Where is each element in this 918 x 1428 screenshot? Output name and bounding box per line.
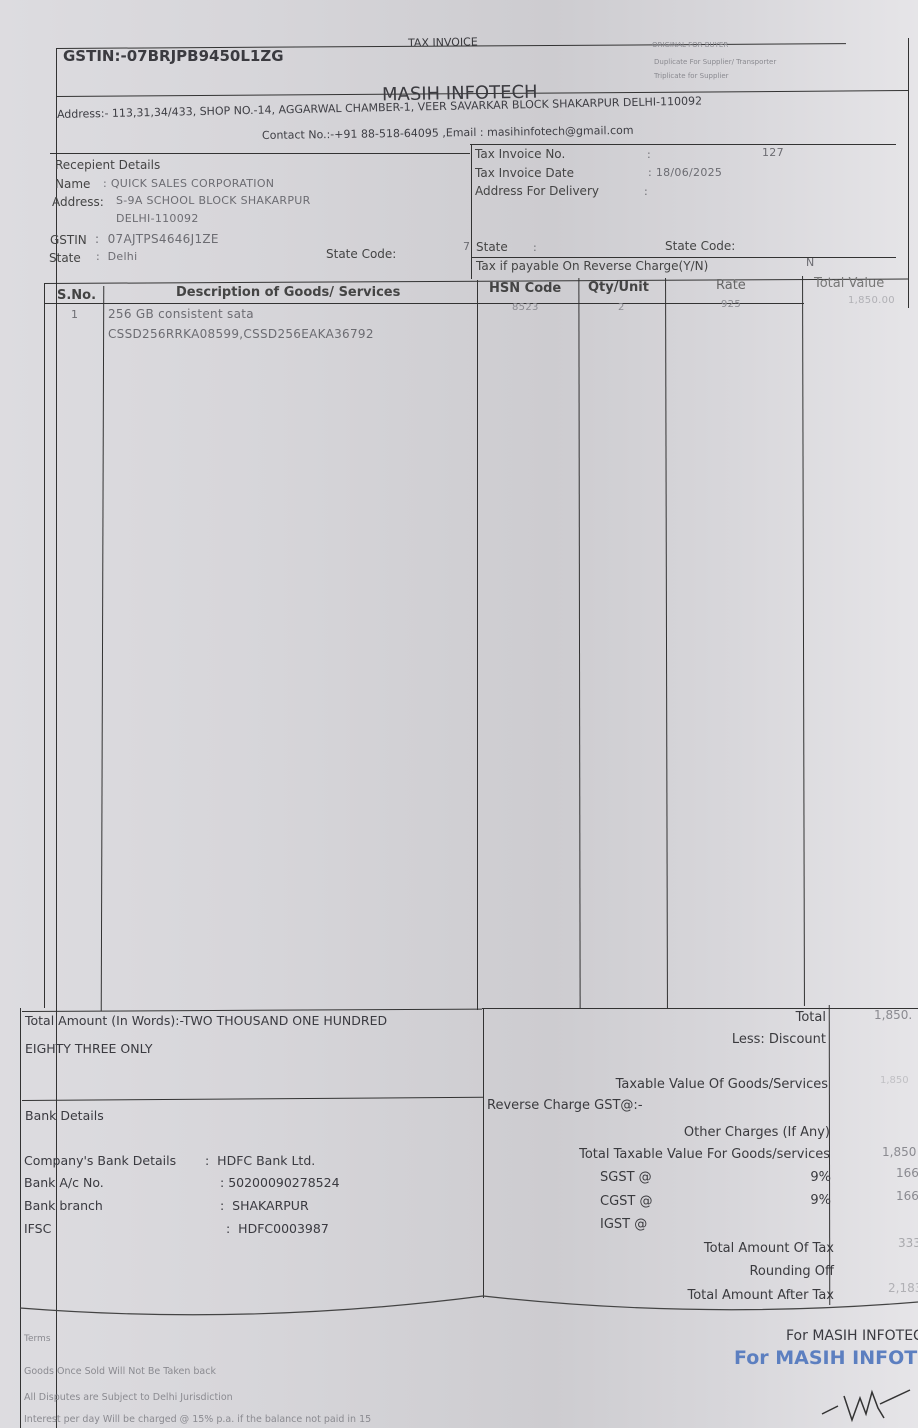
- bank-top-border: [22, 1097, 483, 1101]
- row-serials: CSSD256RRKA08599,CSSD256EAKA36792: [108, 327, 374, 341]
- col-hsn: HSN Code: [489, 281, 561, 296]
- recipient-name-label: Name: [55, 177, 90, 191]
- summary-discount-label: Less: Discount: [732, 1032, 826, 1047]
- delivery-state-code-label: State Code:: [665, 239, 735, 253]
- col-divider-0: [44, 283, 45, 1008]
- summary-total-taxable: 1,850: [882, 1145, 916, 1159]
- invoice-page: GSTIN:-07BRJPB9450L1ZG TAX INVOICE ORIGI…: [0, 0, 918, 1428]
- summary-total: 1,850.: [874, 1008, 912, 1022]
- cgst-rate: 9%: [810, 1193, 831, 1208]
- recipient-state: Delhi: [108, 250, 138, 263]
- company-contact: Contact No.:-+91 88-518-64095 ,Email : m…: [262, 124, 634, 142]
- summary-reverse-gst-label: Reverse Charge GST@:-: [487, 1098, 643, 1113]
- sgst-amount: 166: [896, 1166, 918, 1180]
- invoice-date: 18/06/2025: [656, 166, 722, 179]
- invoice-date-label: Tax Invoice Date: [475, 166, 574, 180]
- reverse-charge-label: Tax if payable On Reverse Charge(Y/N): [476, 259, 708, 273]
- words-top-border: [22, 1009, 482, 1012]
- recipient-address-line1: S-9A SCHOOL BLOCK SHAKARPUR: [116, 194, 311, 207]
- term-3: Interest per day Will be charged @ 15% p…: [24, 1414, 371, 1425]
- bank-label-name: Company's Bank Details: [24, 1153, 176, 1168]
- seller-gstin: GSTIN:-07BRJPB9450L1ZG: [63, 47, 284, 65]
- table-top-border: [44, 278, 908, 284]
- col-description: Description of Goods/ Services: [176, 285, 400, 300]
- summary-left-border: [483, 1008, 484, 1298]
- bank-branch: SHAKARPUR: [232, 1198, 308, 1213]
- recipient-address-label: Address:: [52, 195, 104, 209]
- recipient-gstin-label: GSTIN: [50, 233, 87, 247]
- reverse-charge-divider: [471, 257, 896, 258]
- amount-in-words-line2: EIGHTY THREE ONLY: [25, 1041, 153, 1056]
- terms-top-border: [0, 1290, 918, 1330]
- right-border: [908, 38, 909, 308]
- amount-in-words-line1: Total Amount (In Words):-TWO THOUSAND ON…: [25, 1013, 387, 1028]
- invoice-no: 127: [762, 146, 784, 159]
- copy-original: ORIGINAL FOR BUYER: [652, 41, 728, 49]
- summary-total-label: Total: [796, 1010, 826, 1025]
- recipient-address-line2: DELHI-110092: [116, 212, 199, 225]
- delivery-state-label: State: [476, 240, 508, 254]
- reverse-charge-value: N: [806, 256, 815, 269]
- sgst-label: SGST @: [600, 1170, 652, 1185]
- signature-printed: For MASIH INFOTECH: [786, 1328, 918, 1344]
- bank-label-ifsc: IFSC: [24, 1221, 51, 1236]
- details-divider-right: [470, 144, 896, 145]
- row-total: 1,850.00: [848, 295, 895, 306]
- col-total: Total Value: [814, 276, 884, 291]
- cgst-label: CGST @: [600, 1194, 652, 1209]
- summary-top-border: [482, 1008, 918, 1009]
- col-divider-5: [802, 276, 805, 1006]
- company-stamp: For MASIH INFOTECH: [734, 1347, 918, 1369]
- copy-triplicate: Triplicate for Supplier: [654, 72, 729, 80]
- recipient-state-label: State: [49, 251, 81, 265]
- bank-ifsc: HDFC0003987: [238, 1221, 329, 1236]
- col-divider-3: [578, 278, 580, 1008]
- summary-taxable: 1,850: [880, 1075, 909, 1086]
- col-rate: Rate: [716, 278, 746, 293]
- bank-heading: Bank Details: [25, 1108, 104, 1123]
- tax-total: 333: [898, 1236, 918, 1250]
- col-divider-2: [477, 280, 478, 1010]
- recipient-name: QUICK SALES CORPORATION: [111, 177, 275, 190]
- igst-label: IGST @: [600, 1217, 647, 1232]
- summary-taxable-label: Taxable Value Of Goods/Services: [616, 1077, 828, 1092]
- details-column-divider: [471, 144, 472, 279]
- row-rate: 925: [721, 299, 741, 310]
- invoice-no-label: Tax Invoice No.: [475, 147, 565, 161]
- document-type: TAX INVOICE: [408, 35, 478, 49]
- term-1: Goods Once Sold Will Not Be Taken back: [24, 1366, 216, 1377]
- col-sno: S.No.: [57, 288, 96, 303]
- cgst-amount: 166: [896, 1189, 918, 1203]
- bank-account-number: 50200090278524: [228, 1175, 339, 1190]
- lower-left-border: [20, 1008, 21, 1428]
- row-qty: 2: [618, 302, 625, 313]
- row-description: 256 GB consistent sata: [108, 307, 254, 321]
- row-sno: 1: [71, 308, 78, 321]
- bank-label-branch: Bank branch: [24, 1198, 103, 1213]
- recipient-gstin: 07AJTPS4646J1ZE: [108, 232, 219, 246]
- col-divider-1: [101, 286, 105, 1011]
- rounding-label: Rounding Off: [749, 1264, 834, 1279]
- delivery-address-label: Address For Delivery: [475, 184, 599, 198]
- table-header-bottom: [44, 303, 804, 304]
- terms-heading: Terms: [24, 1334, 51, 1344]
- copy-duplicate: Duplicate For Supplier/ Transporter: [654, 58, 776, 66]
- company-address: Address:- 113,31,34/433, SHOP NO.-14, AG…: [57, 94, 702, 121]
- details-divider-left: [50, 153, 470, 154]
- summary-total-taxable-label: Total Taxable Value For Goods/services: [579, 1147, 830, 1162]
- row-hsn: 8523: [512, 302, 539, 313]
- summary-other-label: Other Charges (If Any): [684, 1125, 830, 1140]
- tax-total-label: Total Amount Of Tax: [704, 1241, 834, 1256]
- term-2: All Disputes are Subject to Delhi Jurisd…: [24, 1392, 233, 1403]
- recipient-state-code: 7: [463, 240, 470, 253]
- col-qty: Qty/Unit: [588, 280, 649, 295]
- signature-scribble: [820, 1378, 918, 1428]
- recipient-heading: Recepient Details: [55, 158, 160, 172]
- bank-name: HDFC Bank Ltd.: [217, 1153, 315, 1168]
- sgst-rate: 9%: [810, 1170, 831, 1185]
- bank-label-account: Bank A/c No.: [24, 1175, 104, 1190]
- col-divider-4: [665, 278, 668, 1008]
- recipient-state-code-label: State Code:: [326, 247, 396, 261]
